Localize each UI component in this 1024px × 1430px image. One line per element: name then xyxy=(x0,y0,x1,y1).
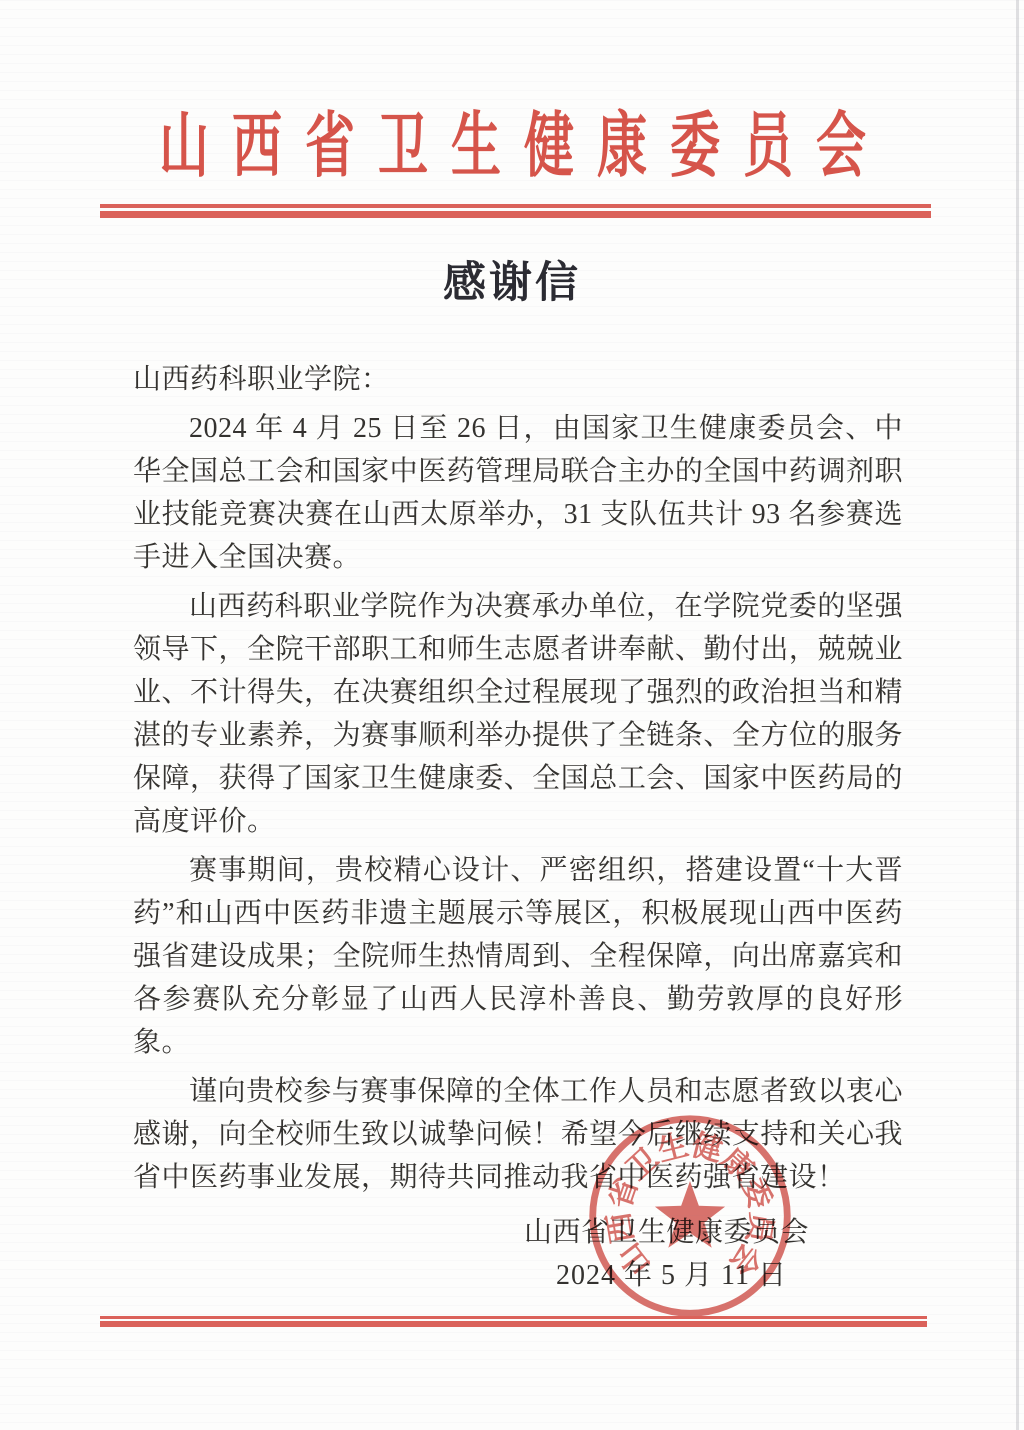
letterhead-org-title: 山西省卫生健康委员会 xyxy=(12,86,1024,205)
paragraph-3: 赛事期间，贵校精心设计、严密组织，搭建设置“十大晋药”和山西中医药非遗主题展示等… xyxy=(133,849,903,1064)
letterhead-double-rule xyxy=(100,204,931,218)
letter-page: 山西省卫生健康委员会 感谢信 山西药科职业学院： 2024 年 4 月 25 日… xyxy=(0,0,1024,1430)
footer-double-rule xyxy=(100,1316,927,1327)
letterhead-rule-thin xyxy=(100,204,931,208)
paragraph-2: 山西药科职业学院作为决赛承办单位，在学院党委的坚强领导下，全院干部职工和师生志愿… xyxy=(133,585,903,843)
seal-char: 会 xyxy=(723,1237,768,1282)
seal-char: 西 xyxy=(601,1210,640,1245)
official-seal: 山 西 省 卫 生 健 康 委 员 会 xyxy=(583,1109,797,1323)
paragraph-1: 2024 年 4 月 25 日至 26 日，由国家卫生健康委员会、中华全国总工会… xyxy=(133,407,903,579)
letter-body: 山西药科职业学院： 2024 年 4 月 25 日至 26 日，由国家卫生健康委… xyxy=(133,358,903,1205)
salutation: 山西药科职业学院： xyxy=(133,358,903,401)
document-title: 感谢信 xyxy=(0,249,1024,310)
letterhead-rule-thick xyxy=(100,211,931,218)
scan-edge-line xyxy=(1016,0,1019,1430)
footer-rule-thick xyxy=(100,1321,927,1327)
seal-star-icon xyxy=(655,1181,725,1248)
footer-rule-thin xyxy=(100,1316,927,1319)
